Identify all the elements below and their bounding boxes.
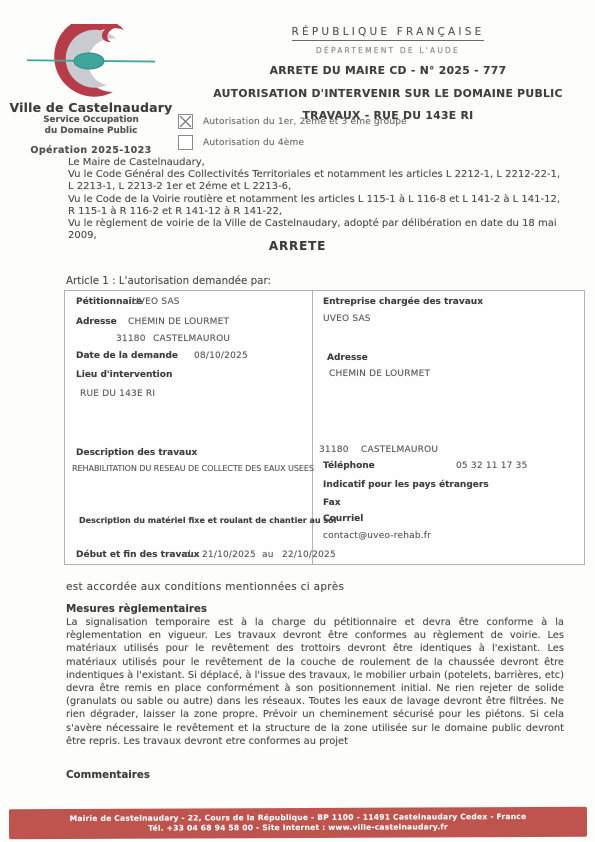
adresse-right-label: Adresse bbox=[327, 353, 368, 363]
debut-fin-label: Début et fin des travaux bbox=[76, 550, 200, 560]
checkbox-checked-icon bbox=[178, 114, 193, 129]
service-line-1: Service Occupation bbox=[6, 115, 176, 126]
permit-table: Pétitionnaire UVEO SAS Adresse CHEMIN DE… bbox=[64, 290, 585, 565]
preamble-line-3: Vu le Code de la Voirie routière et nota… bbox=[68, 194, 562, 218]
debut-date: 21/10/2025 bbox=[202, 550, 256, 560]
courriel-label: Courriel bbox=[323, 514, 363, 524]
entreprise-label: Entreprise chargée des travaux bbox=[323, 297, 483, 307]
indicatif-label: Indicatif pour les pays étrangers bbox=[323, 480, 489, 490]
arrete-heading: ARRETE bbox=[0, 239, 595, 253]
adresse-right-ville: CASTELMAUROU bbox=[361, 445, 438, 455]
checkbox-label-group123: Autorisation du 1er, 2ème et 3 ème group… bbox=[203, 117, 407, 127]
preamble-line-2: Vu le Code Général des Collectivités Ter… bbox=[68, 169, 562, 193]
fax-label: Fax bbox=[323, 498, 341, 508]
preamble-block: Le Maire de Castelnaudary, Vu le Code Gé… bbox=[68, 157, 562, 242]
adresse-left-label: Adresse bbox=[76, 317, 117, 327]
republique-heading: RÉPUBLIQUE FRANÇAISE bbox=[292, 26, 485, 41]
preamble-line-1: Le Maire de Castelnaudary, bbox=[68, 157, 562, 169]
adresse-right-value: CHEMIN DE LOURMET bbox=[329, 369, 430, 379]
city-logo-block: Ville de Castelnaudary Service Occupatio… bbox=[6, 24, 176, 156]
checkbox-row-group123: Autorisation du 1er, 2ème et 3 ème group… bbox=[178, 114, 407, 129]
autorisation-title: AUTORISATION D'INTERVENIR SUR LE DOMAINE… bbox=[188, 87, 588, 100]
commentaires-heading: Commentaires bbox=[66, 769, 150, 781]
telephone-label: Téléphone bbox=[323, 461, 375, 471]
article-1-line: Article 1 : L'autorisation demandée par: bbox=[66, 275, 271, 287]
checkbox-label-group4: Autorisation du 4ème bbox=[203, 138, 304, 148]
lieu-label: Lieu d'intervention bbox=[76, 370, 172, 380]
service-line-2: du Domaine Public bbox=[6, 126, 176, 137]
document-header: RÉPUBLIQUE FRANÇAISE DÉPARTEMENT DE L'AU… bbox=[188, 20, 588, 122]
du-word: du bbox=[185, 550, 197, 560]
checkbox-unchecked-icon bbox=[178, 135, 193, 150]
adresse-left-ville: CASTELMAUROU bbox=[153, 334, 230, 344]
date-demande-label: Date de la demande bbox=[76, 351, 178, 361]
castelnaudary-logo-icon bbox=[27, 24, 155, 98]
mesures-body: La signalisation temporaire est à la cha… bbox=[66, 616, 564, 748]
courriel-value: contact@uveo-rehab.fr bbox=[323, 531, 431, 541]
desc-travaux-label: Description des travaux bbox=[76, 448, 197, 458]
lieu-value: RUE DU 143E RI bbox=[80, 389, 155, 399]
footer-bar: Mairie de Castelnaudary - 22, Cours de l… bbox=[9, 807, 587, 840]
petitionnaire-value: UVEO SAS bbox=[132, 297, 180, 307]
telephone-value: 05 32 11 17 35 bbox=[456, 461, 528, 471]
au-word: au bbox=[262, 550, 274, 560]
adresse-right-cp: 31180 bbox=[319, 445, 349, 455]
date-demande-value: 08/10/2025 bbox=[194, 351, 248, 361]
city-name: Ville de Castelnaudary bbox=[6, 100, 176, 115]
accord-line: est accordée aux conditions mentionnées … bbox=[66, 581, 344, 593]
operation-number: Opération 2025-1023 bbox=[6, 145, 176, 156]
entreprise-value: UVEO SAS bbox=[323, 314, 371, 324]
adresse-left-value: CHEMIN DE LOURMET bbox=[128, 317, 229, 327]
desc-materiel-label: Description du matériel fixe et roulant … bbox=[79, 516, 336, 525]
footer-contact-line: Tél. +33 04 68 94 58 00 - Site Internet … bbox=[9, 822, 587, 835]
fin-date: 22/10/2025 bbox=[282, 550, 336, 560]
adresse-left-cp: 31180 bbox=[116, 334, 146, 344]
arrete-number-title: ARRETE DU MAIRE CD - N° 2025 - 777 bbox=[188, 64, 588, 77]
mesures-heading: Mesures règlementaires bbox=[66, 603, 207, 615]
desc-travaux-value: REHABILITATION DU RESEAU DE COLLECTE DES… bbox=[72, 463, 314, 473]
departement-heading: DÉPARTEMENT DE L'AUDE bbox=[188, 46, 588, 55]
checkbox-row-group4: Autorisation du 4ème bbox=[178, 135, 304, 150]
